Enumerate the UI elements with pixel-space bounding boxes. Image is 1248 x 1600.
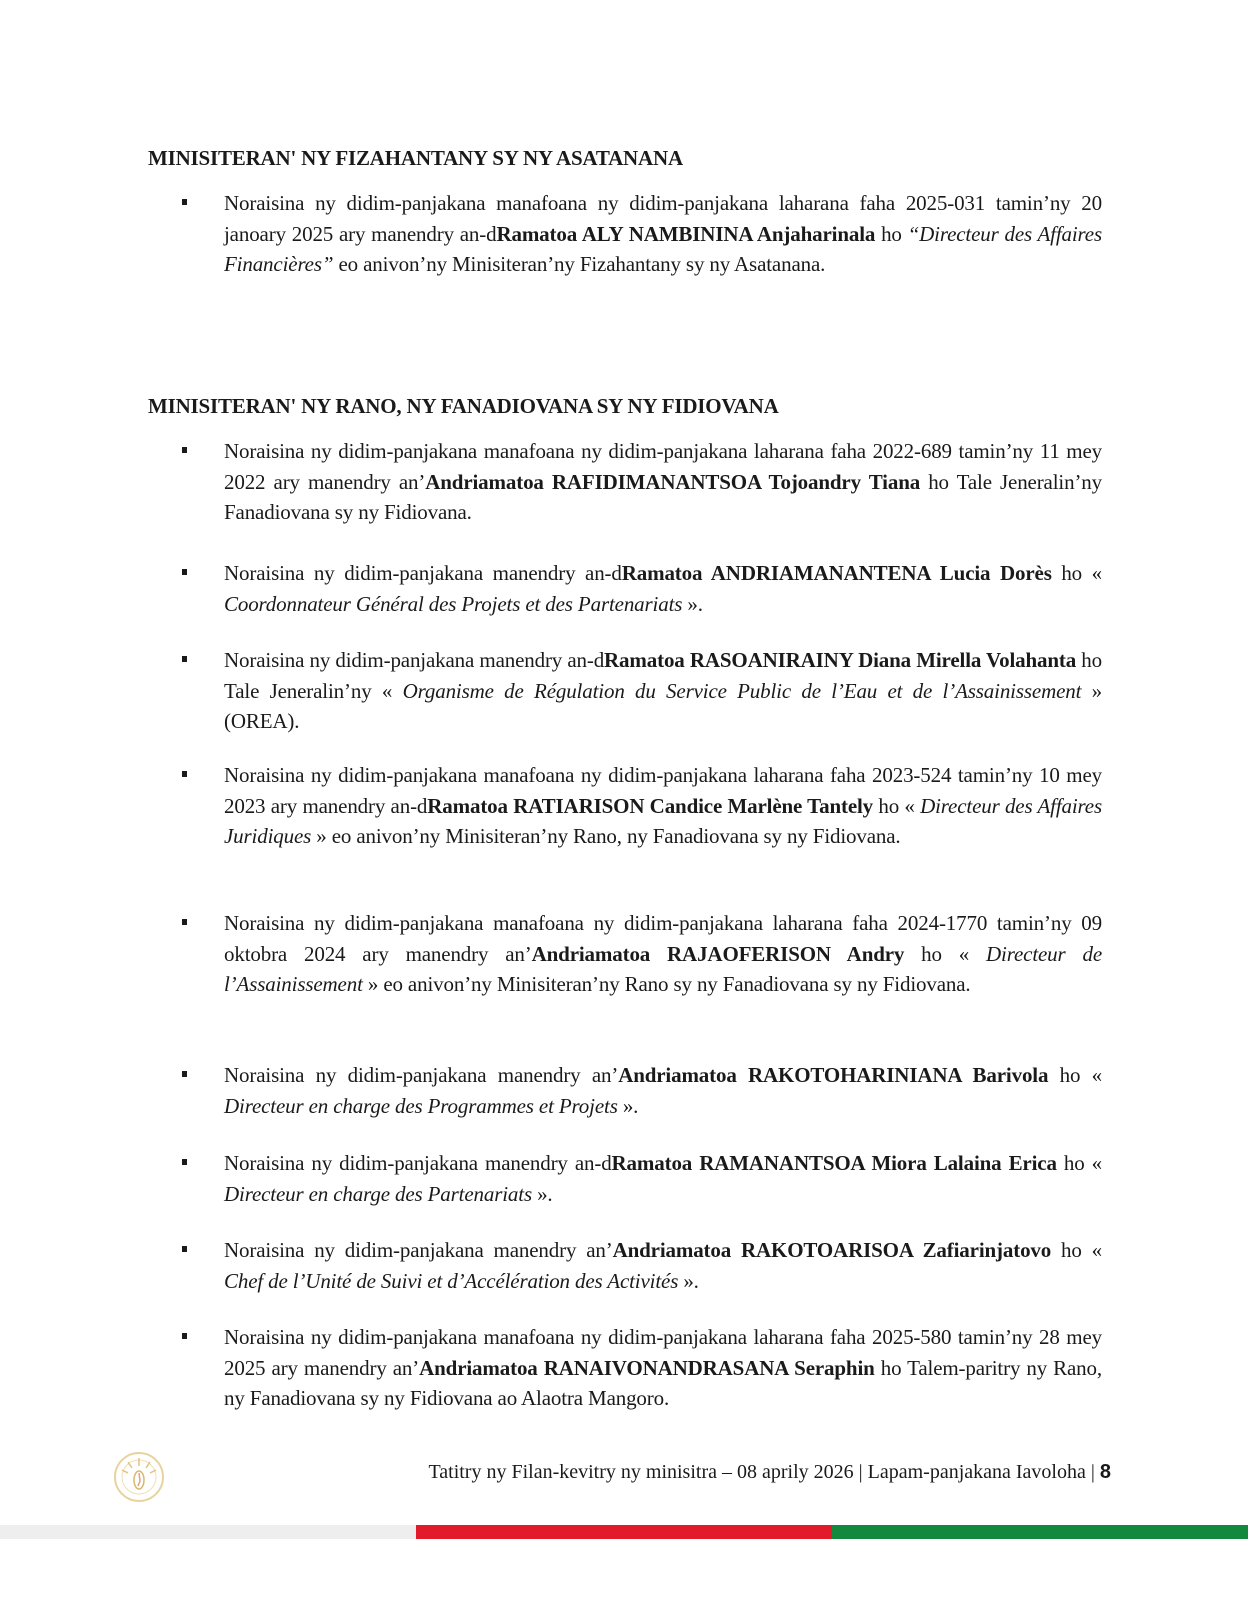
- item-name: Andriamatoa RAJAOFERISON Andry: [532, 942, 905, 966]
- item-name: Ramatoa RAMANANTSOA Miora Lalaina Erica: [612, 1151, 1057, 1175]
- item-mid: ho «: [1052, 561, 1102, 585]
- bullet-icon: [182, 199, 187, 205]
- item-post: » eo anivon’ny Minisiteran’ny Rano sy ny…: [363, 972, 971, 996]
- list-item: Noraisina ny didim-panjakana manendry an…: [182, 645, 1102, 737]
- item-title: Directeur en charge des Partenariats: [224, 1182, 532, 1206]
- list-item: Noraisina ny didim-panjakana manafoana n…: [182, 436, 1102, 528]
- bullet-icon: [182, 771, 187, 777]
- list-item: Noraisina ny didim-panjakana manafoana n…: [182, 908, 1102, 1000]
- item-name: Andriamatoa RAFIDIMANANTSOA Tojoandry Ti…: [425, 470, 920, 494]
- footer-text: Tatitry ny Filan-kevitry ny minisitra – …: [428, 1461, 1099, 1483]
- item-mid: ho «: [1048, 1063, 1102, 1087]
- item-text: Noraisina ny didim-panjakana manafoana n…: [224, 908, 1102, 1000]
- page-number: 8: [1100, 1461, 1111, 1483]
- item-name: Andriamatoa RANAIVONANDRASANA Seraphin: [419, 1356, 875, 1380]
- item-post: ».: [532, 1182, 553, 1206]
- flag-bar-green: [832, 1525, 1248, 1539]
- item-pre: Noraisina ny didim-panjakana manendry an…: [224, 1238, 613, 1262]
- item-pre: Noraisina ny didim-panjakana manendry an…: [224, 1063, 618, 1087]
- item-text: Noraisina ny didim-panjakana manafoana n…: [224, 760, 1102, 852]
- item-post: ».: [682, 592, 703, 616]
- item-text: Noraisina ny didim-panjakana manafoana n…: [224, 1322, 1102, 1414]
- list-item: Noraisina ny didim-panjakana manendry an…: [182, 558, 1102, 619]
- item-mid: ho «: [1051, 1238, 1102, 1262]
- bullet-icon: [182, 1159, 187, 1165]
- list-item: Noraisina ny didim-panjakana manafoana n…: [182, 188, 1102, 280]
- item-text: Noraisina ny didim-panjakana manendry an…: [224, 1060, 1102, 1121]
- flag-bar-red: [416, 1525, 832, 1539]
- item-name: Ramatoa ALY NAMBININA Anjaharinala: [496, 222, 875, 246]
- item-mid: ho «: [1057, 1151, 1102, 1175]
- item-text: Noraisina ny didim-panjakana manendry an…: [224, 558, 1102, 619]
- section-title-water: MINISITERAN' NY RANO, NY FANADIOVANA SY …: [148, 394, 779, 419]
- section-title-tourism: MINISITERAN' NY FIZAHANTANY SY NY ASATAN…: [148, 146, 683, 171]
- bullet-icon: [182, 569, 187, 575]
- item-mid: ho «: [873, 794, 920, 818]
- item-name: Ramatoa ANDRIAMANANTENA Lucia Dorès: [622, 561, 1052, 585]
- item-text: Noraisina ny didim-panjakana manendry an…: [224, 1148, 1102, 1209]
- bullet-icon: [182, 656, 187, 662]
- item-mid: ho: [875, 222, 907, 246]
- item-title: Organisme de Régulation du Service Publi…: [403, 679, 1082, 703]
- item-pre: Noraisina ny didim-panjakana manendry an…: [224, 1151, 612, 1175]
- item-mid: ho «: [904, 942, 986, 966]
- item-post: ».: [678, 1269, 699, 1293]
- item-name: Andriamatoa RAKOTOHARINIANA Barivola: [618, 1063, 1048, 1087]
- item-name: Ramatoa RATIARISON Candice Marlène Tante…: [427, 794, 873, 818]
- item-text: Noraisina ny didim-panjakana manafoana n…: [224, 188, 1102, 280]
- item-pre: Noraisina ny didim-panjakana manendry an…: [224, 561, 622, 585]
- bullet-icon: [182, 1071, 187, 1077]
- flag-bar-white: [0, 1525, 416, 1539]
- item-post: ».: [618, 1094, 639, 1118]
- list-item: Noraisina ny didim-panjakana manendry an…: [182, 1060, 1102, 1121]
- item-name: Andriamatoa RAKOTOARISOA Zafiarinjatovo: [613, 1238, 1052, 1262]
- bullet-icon: [182, 447, 187, 453]
- list-item: Noraisina ny didim-panjakana manendry an…: [182, 1235, 1102, 1296]
- list-item: Noraisina ny didim-panjakana manafoana n…: [182, 760, 1102, 852]
- item-title: Chef de l’Unité de Suivi et d’Accélérati…: [224, 1269, 678, 1293]
- emblem-seal-icon: [112, 1450, 166, 1504]
- item-post: eo anivon’ny Minisiteran’ny Fizahantany …: [333, 252, 825, 276]
- item-name: Ramatoa RASOANIRAINY Diana Mirella Volah…: [604, 648, 1076, 672]
- item-text: Noraisina ny didim-panjakana manafoana n…: [224, 436, 1102, 528]
- list-item: Noraisina ny didim-panjakana manendry an…: [182, 1148, 1102, 1209]
- item-pre: Noraisina ny didim-panjakana manendry an…: [224, 648, 604, 672]
- list-item: Noraisina ny didim-panjakana manafoana n…: [182, 1322, 1102, 1414]
- item-text: Noraisina ny didim-panjakana manendry an…: [224, 645, 1102, 737]
- item-text: Noraisina ny didim-panjakana manendry an…: [224, 1235, 1102, 1296]
- bullet-icon: [182, 919, 187, 925]
- item-title: Coordonnateur Général des Projets et des…: [224, 592, 682, 616]
- bullet-icon: [182, 1333, 187, 1339]
- item-post: » eo anivon’ny Minisiteran’ny Rano, ny F…: [311, 824, 900, 848]
- item-title: Directeur en charge des Programmes et Pr…: [224, 1094, 618, 1118]
- bullet-icon: [182, 1246, 187, 1252]
- footer-caption: Tatitry ny Filan-kevitry ny minisitra – …: [428, 1461, 1111, 1484]
